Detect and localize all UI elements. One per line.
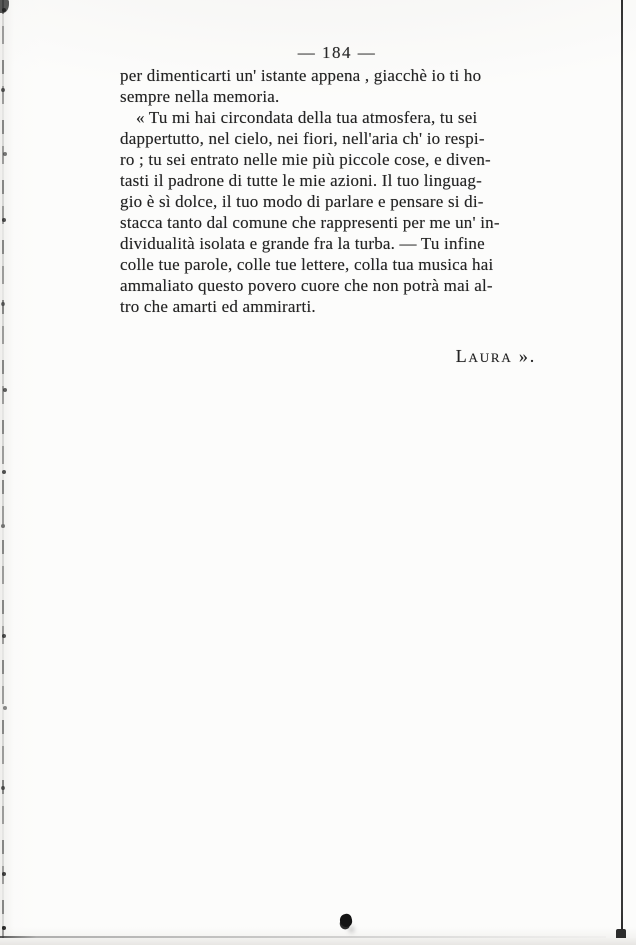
text-line: dividualità isolata e grande fra la turb… xyxy=(120,233,554,254)
page-number: — 184 — xyxy=(120,43,554,63)
text-line: tasti il padrone di tutte le mie azioni.… xyxy=(120,170,554,191)
text-line: colle tue parole, colle tue lettere, col… xyxy=(120,254,554,275)
body-text: per dimenticarti un' istante appena , gi… xyxy=(120,65,554,317)
text-line: tro che amarti ed ammirarti. xyxy=(120,296,554,317)
left-edge-specks xyxy=(1,0,5,4)
text-line: per dimenticarti un' istante appena , gi… xyxy=(120,65,554,86)
ink-blot xyxy=(339,913,354,929)
text-line: sempre nella memoria. xyxy=(120,86,554,107)
letter-signature: Laura ». xyxy=(120,346,554,367)
text-line: ammaliato questo povero cuore che non po… xyxy=(120,275,554,296)
text-line: dappertutto, nel cielo, nei fiori, nell'… xyxy=(120,128,554,149)
text-line: stacca tanto dal comune che rappresenti … xyxy=(120,212,554,233)
text-line: « Tu mi hai circondata della tua atmosfe… xyxy=(120,107,554,128)
text-line: ro ; tu sei entrato nelle mie più piccol… xyxy=(120,149,554,170)
left-page-edge xyxy=(2,0,4,945)
right-page-edge xyxy=(621,0,623,945)
bottom-edge-shadow xyxy=(0,938,636,945)
scanned-book-page: — 184 — per dimenticarti un' istante app… xyxy=(0,0,636,945)
text-line: gio è sì dolce, il tuo modo di parlare e… xyxy=(120,191,554,212)
